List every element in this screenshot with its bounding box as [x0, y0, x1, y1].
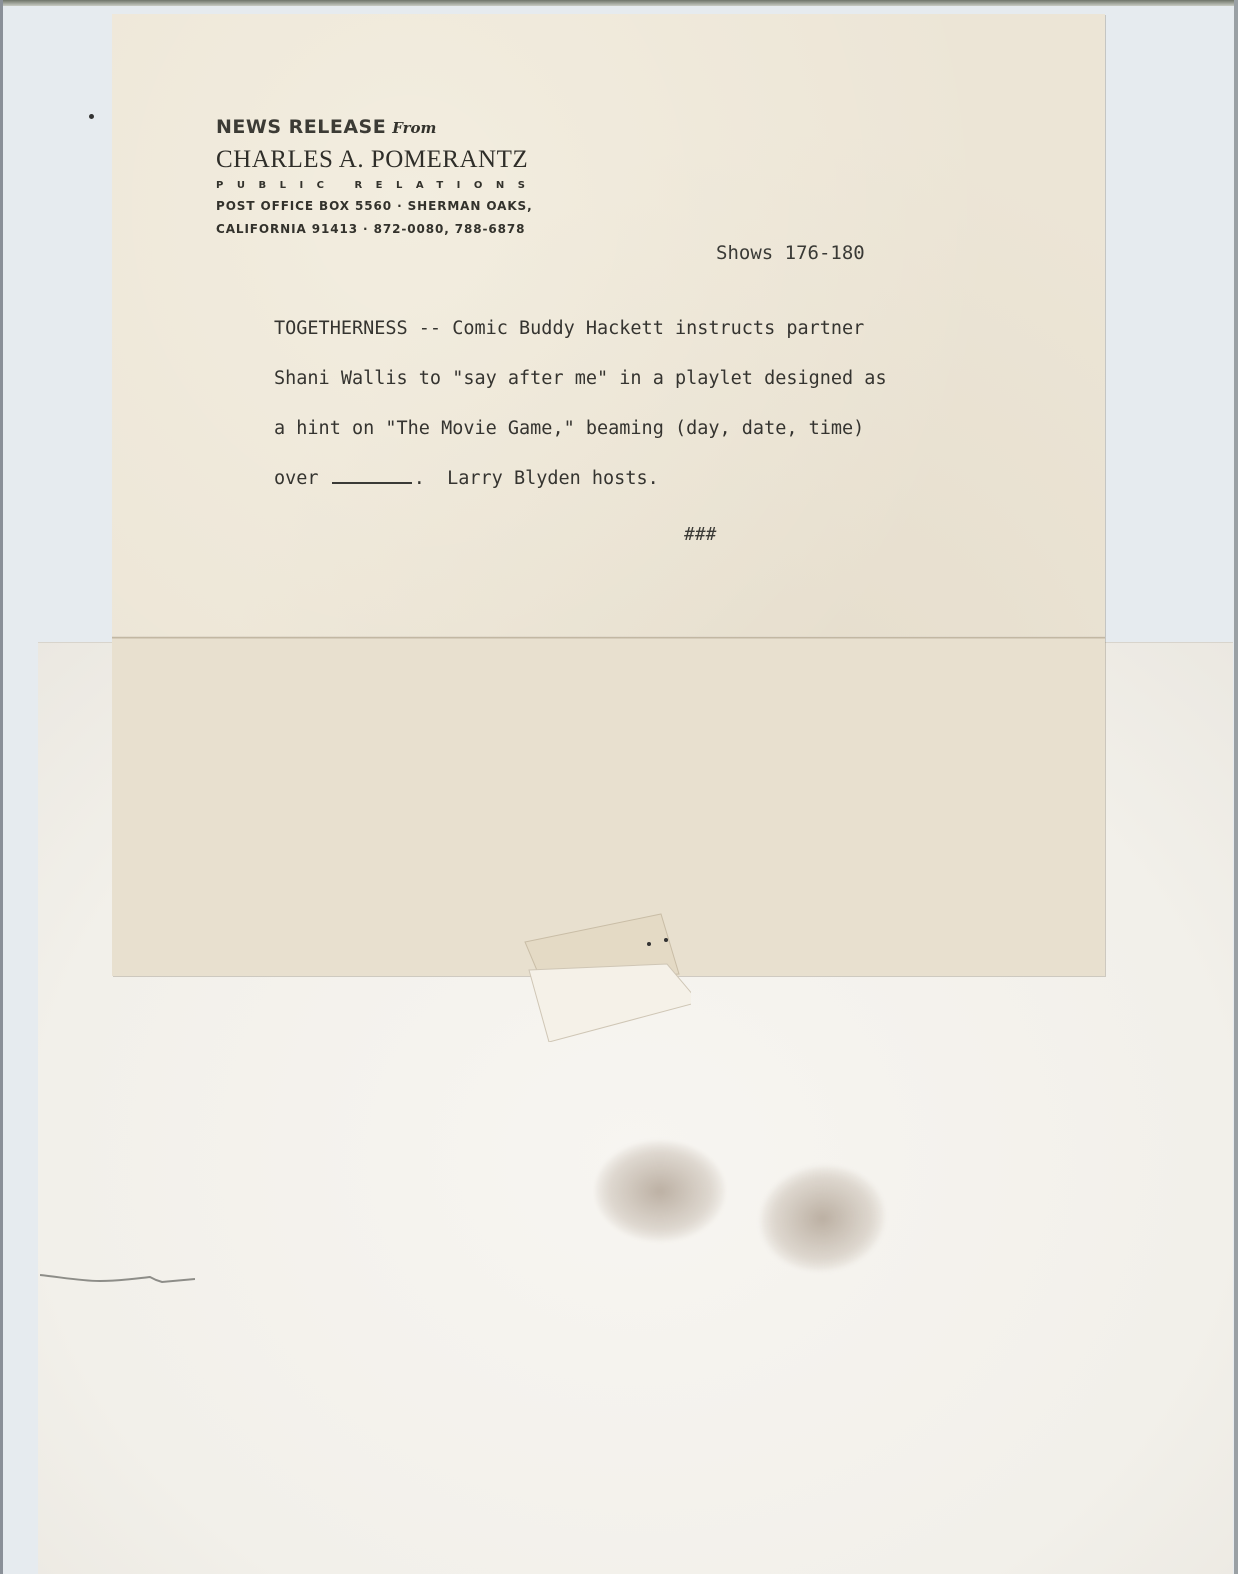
body-line: Shani Wallis to "say after me" in a play…: [274, 354, 1074, 404]
end-mark: ###: [684, 524, 717, 545]
station-blank: [332, 472, 412, 484]
release-body: TOGETHERNESS -- Comic Buddy Hackett inst…: [274, 304, 1074, 504]
address-line-2: CALIFORNIA 91413 · 872-0080, 788-6878: [216, 222, 538, 236]
scanner-edge-top: [0, 0, 1238, 6]
fingerprint-smudge: [753, 1158, 891, 1279]
stray-mark: [89, 114, 94, 119]
body-line-suffix: . Larry Blyden hosts.: [414, 468, 659, 489]
tear-mark: [40, 1273, 195, 1285]
agency-name: CHARLES A. POMERANTZ: [216, 146, 538, 174]
fingerprint-smudge: [595, 1141, 725, 1241]
body-line: over . Larry Blyden hosts.: [274, 454, 1074, 504]
letterhead: NEWS RELEASEFrom CHARLES A. POMERANTZ PU…: [216, 116, 538, 236]
agency-subtitle: PUBLIC RELATIONS: [216, 180, 538, 191]
body-line-prefix: over: [274, 468, 319, 489]
address-line-1: POST OFFICE BOX 5560 · SHERMAN OAKS,: [216, 199, 538, 213]
body-line: a hint on "The Movie Game," beaming (day…: [274, 404, 1074, 454]
news-release-sheet: NEWS RELEASEFrom CHARLES A. POMERANTZ PU…: [112, 14, 1105, 976]
from-label: From: [392, 119, 436, 137]
scanner-edge-left: [0, 0, 3, 1574]
shows-reference: Shows 176-180: [716, 242, 865, 264]
news-release-heading: NEWS RELEASE: [216, 116, 386, 138]
adhesive-tape: [521, 912, 691, 1042]
body-line: TOGETHERNESS -- Comic Buddy Hackett inst…: [274, 304, 1074, 354]
scanner-edge-right: [1234, 0, 1238, 1574]
